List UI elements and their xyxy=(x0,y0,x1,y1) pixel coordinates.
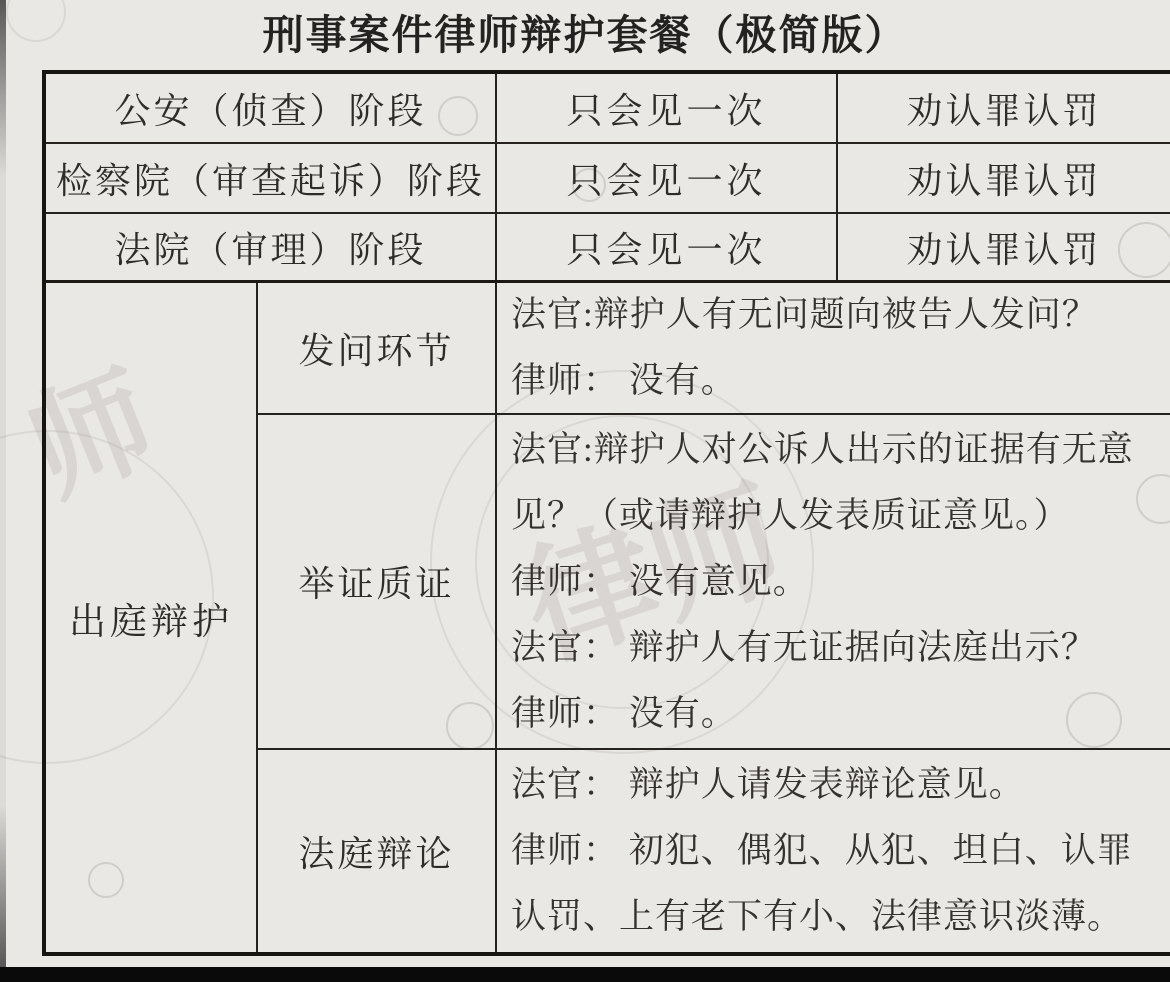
document-title: 刑事案件律师辩护套餐（极简版） xyxy=(0,2,1170,61)
advice-cell: 劝认罪认罚 xyxy=(838,214,1170,280)
meeting-cell: 只会见一次 xyxy=(497,214,838,280)
stage-cell: 法院（审理）阶段 xyxy=(46,214,497,280)
phase-cell: 发问环节 xyxy=(258,283,497,413)
phase-cell: 举证质证 xyxy=(258,415,497,748)
dialogue-line: 律师： 初犯、偶犯、从犯、坦白、认罪认罚、上有老下有小、法律意识淡薄。 xyxy=(511,818,1166,950)
advice-cell: 劝认罪认罚 xyxy=(838,74,1170,142)
photo-left-edge xyxy=(0,0,6,982)
advice-cell: 劝认罪认罚 xyxy=(838,144,1170,212)
dialogue-line: 律师： 没有意见。 xyxy=(511,549,1166,615)
stage-cell: 检察院（审查起诉）阶段 xyxy=(46,144,497,212)
dialogue-line: 法官:辩护人对公诉人出示的证据有无意见？（或请辩护人发表质证意见。） xyxy=(511,417,1166,549)
table-row-debate: 法庭辩论 法官： 辩护人请发表辩论意见。 律师： 初犯、偶犯、从犯、坦白、认罪认… xyxy=(258,750,1170,952)
stage-cell: 公安（侦查）阶段 xyxy=(46,74,497,142)
photo-bottom-bar xyxy=(0,967,1170,982)
phase-cell: 法庭辩论 xyxy=(258,750,497,952)
meeting-cell: 只会见一次 xyxy=(497,144,838,212)
dialogue-line: 法官： 辩护人有无证据向法庭出示？ xyxy=(511,615,1166,681)
table-row-police-stage: 公安（侦查）阶段 只会见一次 劝认罪认罚 xyxy=(46,74,1170,144)
dialogue-cell: 法官:辩护人对公诉人出示的证据有无意见？（或请辩护人发表质证意见。） 律师： 没… xyxy=(497,415,1170,748)
dialogue-cell: 法官： 辩护人请发表辩论意见。 律师： 初犯、偶犯、从犯、坦白、认罪认罚、上有老… xyxy=(497,750,1170,952)
court-defense-rows: 发问环节 法官:辩护人有无问题向被告人发问？ 律师： 没有。 举证质证 法官:辩… xyxy=(258,283,1170,952)
defense-table: 公安（侦查）阶段 只会见一次 劝认罪认罚 检察院（审查起诉）阶段 只会见一次 劝… xyxy=(42,70,1170,956)
table-row-questioning: 发问环节 法官:辩护人有无问题向被告人发问？ 律师： 没有。 xyxy=(258,283,1170,415)
dialogue-line: 律师： 没有。 xyxy=(511,348,1166,414)
table-row-evidence: 举证质证 法官:辩护人对公诉人出示的证据有无意见？（或请辩护人发表质证意见。） … xyxy=(258,415,1170,750)
dialogue-line: 律师： 没有。 xyxy=(511,681,1166,747)
table-row-court-stage: 法院（审理）阶段 只会见一次 劝认罪认罚 xyxy=(46,214,1170,283)
dialogue-line: 法官:辩护人有无问题向被告人发问？ xyxy=(511,282,1166,348)
meeting-cell: 只会见一次 xyxy=(497,74,838,142)
court-defense-label: 出庭辩护 xyxy=(46,283,258,952)
document-page: 律师 师 刑事案件律师辩护套餐（极简版） 公安（侦查）阶段 只会见一次 劝认罪认… xyxy=(0,0,1170,982)
court-defense-section: 出庭辩护 发问环节 法官:辩护人有无问题向被告人发问？ 律师： 没有。 举证质证… xyxy=(46,283,1170,952)
dialogue-cell: 法官:辩护人有无问题向被告人发问？ 律师： 没有。 xyxy=(497,283,1170,413)
table-row-procuratorate-stage: 检察院（审查起诉）阶段 只会见一次 劝认罪认罚 xyxy=(46,144,1170,214)
dialogue-line: 法官： 辩护人请发表辩论意见。 xyxy=(511,752,1166,818)
